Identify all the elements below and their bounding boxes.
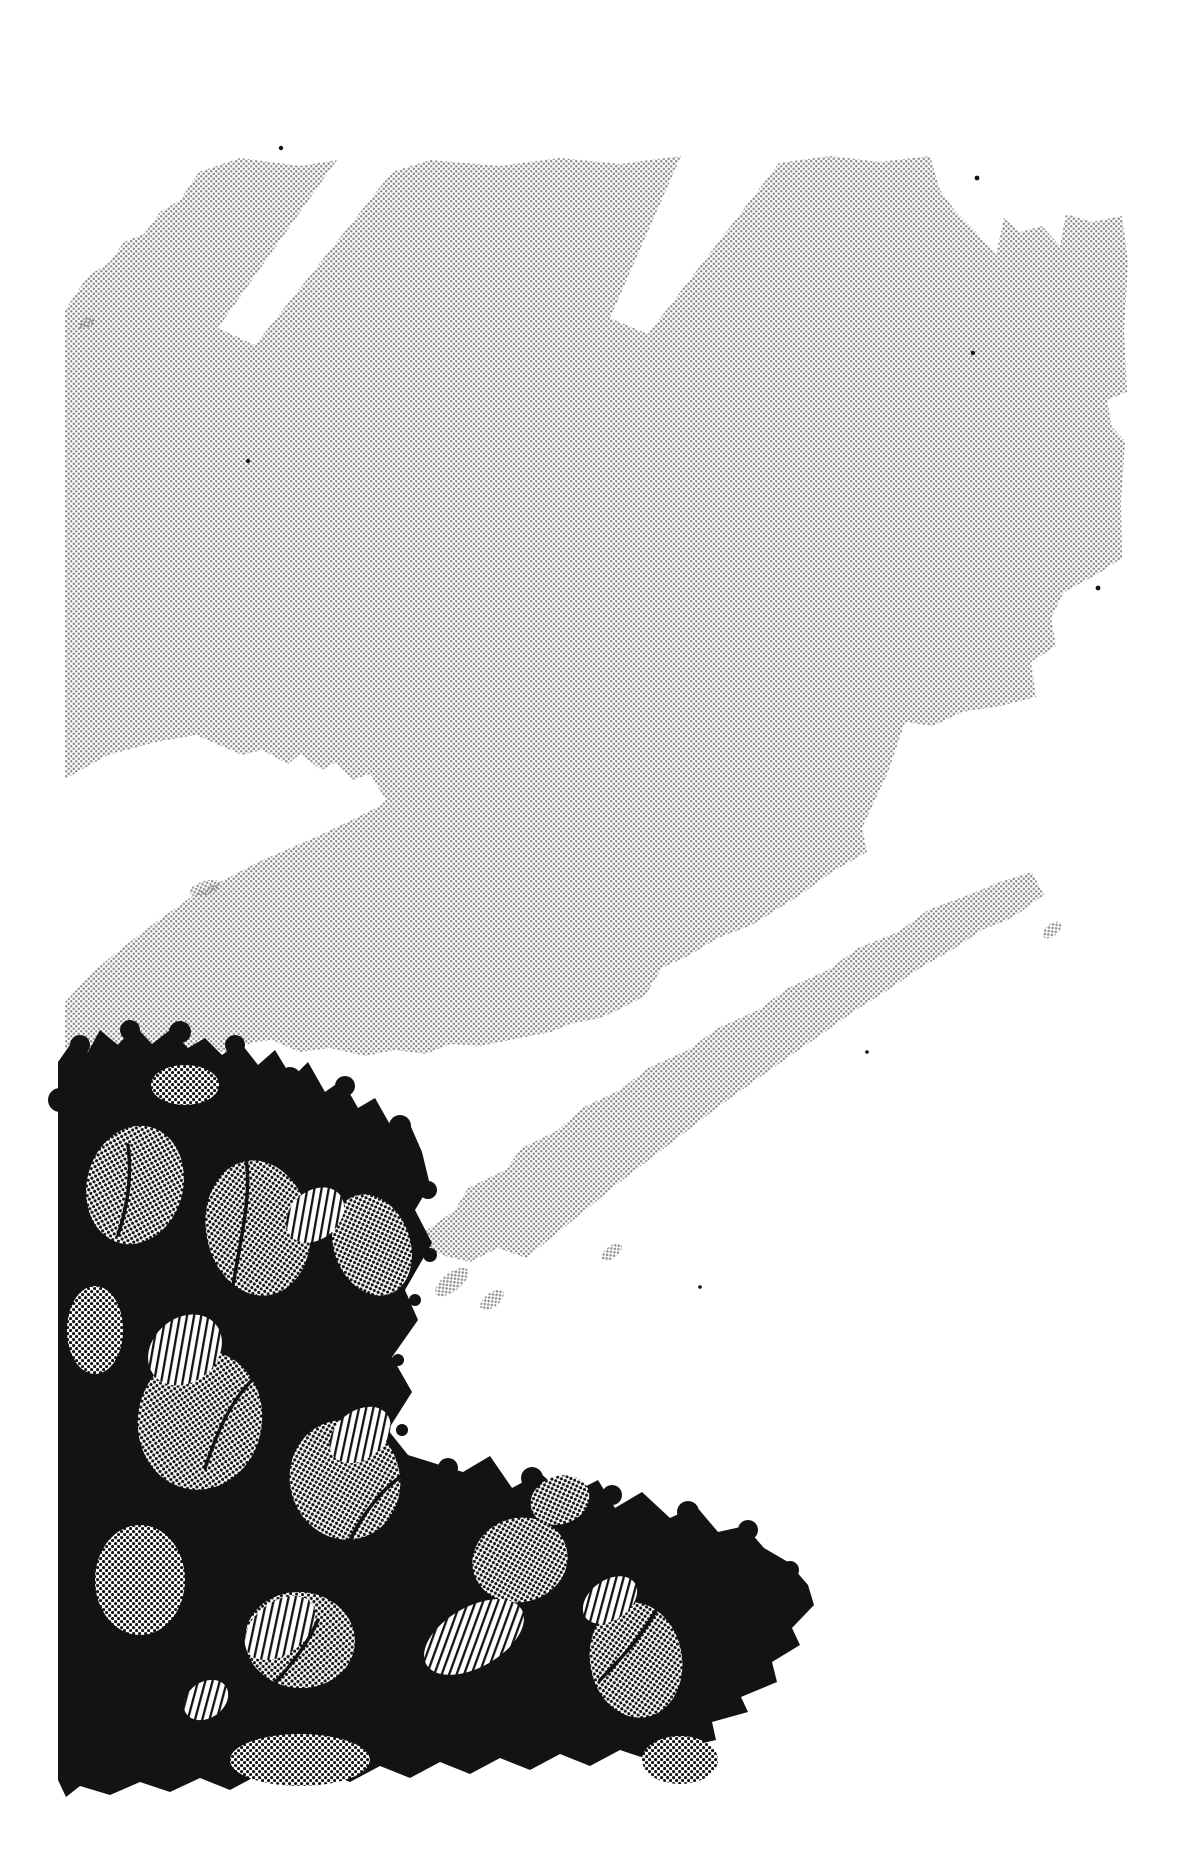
ink-speck (975, 176, 980, 181)
foliage-tuft (602, 1485, 622, 1505)
foliage-stipple-patch (151, 1065, 219, 1105)
foliage-tuft (335, 1076, 355, 1096)
foliage-stipple-patch (95, 1525, 185, 1635)
foliage-tuft (396, 1424, 408, 1436)
ink-speck (246, 459, 250, 463)
foliage-tuft (409, 1294, 421, 1306)
foliage-tuft (48, 1088, 72, 1112)
ink-speck (971, 351, 975, 355)
foliage-tuft (120, 1020, 140, 1040)
foliage-tuft (677, 1501, 699, 1523)
foliage-tuft (279, 1067, 301, 1089)
foliage-tuft (521, 1467, 543, 1489)
foliage-tuft (781, 1561, 799, 1579)
foliage-tuft (423, 1248, 437, 1262)
foliage-tuft (169, 1021, 191, 1043)
foliage-tuft (392, 1354, 404, 1366)
foliage-stipple-patch (67, 1286, 123, 1374)
manga-page: Black-and-white manga-style full-page il… (0, 0, 1200, 1865)
artwork-figure: Black-and-white manga-style full-page il… (0, 0, 1200, 1865)
foliage-tuft (419, 1181, 437, 1199)
ink-speck (1096, 586, 1101, 591)
foliage-stipple-patch (230, 1734, 370, 1786)
ink-speck (865, 1050, 869, 1054)
foliage-tuft (438, 1458, 458, 1478)
foliage-tuft (225, 1035, 245, 1055)
ink-speck (279, 146, 283, 150)
foliage-tuft (70, 1035, 90, 1055)
ink-speck (698, 1285, 702, 1289)
foliage-tuft (389, 1115, 411, 1137)
foliage-stipple-patch (642, 1736, 718, 1784)
manga-illustration (0, 0, 1200, 1865)
foliage-tuft (738, 1520, 758, 1540)
